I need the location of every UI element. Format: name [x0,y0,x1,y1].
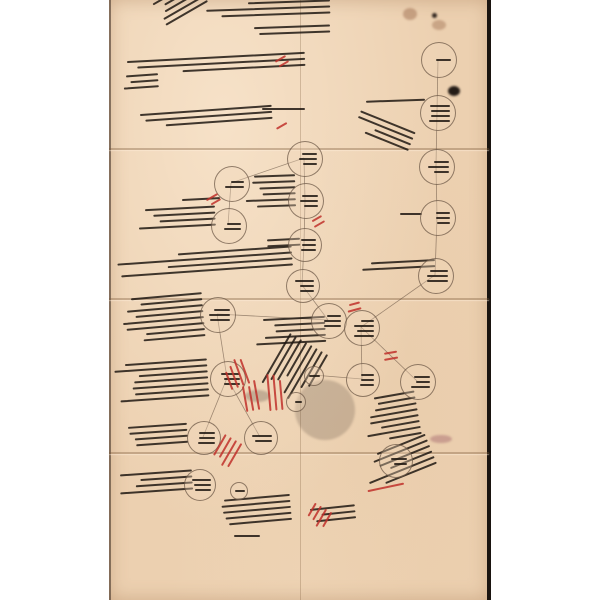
handwriting-stroke [252,180,295,183]
handwriting-stroke [234,535,260,537]
handwriting-stroke [235,490,245,492]
handwriting-stroke [427,280,448,282]
genealogy-name-circle [418,258,454,294]
handwriting-stroke [357,330,374,332]
handwriting-stroke [436,212,450,214]
circled-name-text [308,375,321,377]
handwriting-stroke [135,435,188,441]
handwriting-stroke [324,325,341,327]
handwriting-stroke [300,285,314,287]
genealogy-name-circle [211,208,247,244]
circled-name-text [292,280,314,292]
handwriting-stroke [300,200,318,202]
handwriting-stroke [361,320,374,322]
handwriting-stroke [299,158,317,160]
handwriting-stroke [430,270,448,272]
circled-name-text [294,239,316,251]
handwriting-stroke [436,59,451,61]
handwriting-stroke [434,161,449,163]
circled-name-text [406,376,430,388]
circled-name-text [385,458,407,465]
handwriting-stroke [224,228,241,230]
handwritten-note [400,213,422,215]
handwriting-stroke [254,174,295,177]
genealogy-name-circle [419,149,455,185]
genealogy-name-circle [344,310,380,346]
genealogy-name-circle [400,364,436,400]
handwriting-stroke [214,309,230,311]
circled-name-text [352,374,374,386]
handwriting-stroke [411,386,430,388]
handwriting-stroke [309,375,320,377]
handwriting-stroke [304,205,318,207]
document-photo: Handwritten genealogical chart (silsilen… [0,0,600,600]
handwritten-note [112,292,205,344]
circled-name-text [290,401,303,403]
handwriting-stroke [210,319,230,321]
genealogy-name-circle [311,303,347,339]
circled-name-text [206,309,230,321]
genealogy-name-circle [304,366,324,386]
genealogy-name-circle [200,297,236,333]
handwriting-stroke [361,374,374,376]
handwriting-stroke [194,484,211,486]
handwriting-stroke [391,458,407,460]
handwriting-stroke [199,437,215,439]
handwriting-stroke [414,376,430,378]
circled-name-text [426,212,450,224]
handwriting-stroke [431,110,450,112]
handwriting-stroke [206,5,330,11]
handwriting-stroke [302,244,316,246]
handwriting-stroke [255,440,272,442]
genealogy-name-circle [286,392,306,412]
genealogy-name-circle [287,141,323,177]
circled-name-text [220,181,244,188]
handwriting-stroke [153,212,215,217]
handwriting-stroke [295,280,314,282]
circled-name-text [293,153,317,165]
genealogy-name-circle [420,200,456,236]
handwriting-stroke [354,325,374,327]
handwriting-stroke [428,166,449,168]
handwriting-stroke [354,335,374,337]
handwriting-stroke [227,223,241,225]
circled-name-text [294,195,318,207]
handwriting-stroke [130,79,158,83]
handwriting-stroke [360,384,374,386]
handwritten-note [118,73,159,90]
handwriting-stroke [195,489,211,491]
handwritten-note [112,358,209,403]
handwriting-stroke [431,115,450,117]
handwriting-stroke [430,105,450,107]
genealogy-name-circle [420,95,456,131]
circled-name-text [317,315,341,327]
genealogy-name-circle [288,183,324,219]
handwriting-stroke [434,171,449,173]
handwriting-stroke [192,479,211,481]
handwriting-stroke [327,315,341,317]
handwriting-stroke [302,153,317,155]
circled-name-text [233,490,244,492]
handwriting-stroke [427,275,448,277]
handwriting-stroke [400,213,422,215]
circled-name-text [426,105,450,122]
handwriting-stroke [303,163,317,165]
handwriting-stroke [160,218,216,223]
genealogy-name-circle [244,421,278,455]
handwriting-stroke [259,186,295,189]
handwriting-stroke [225,186,244,188]
circled-name-text [427,59,451,61]
handwriting-stroke [129,429,187,435]
circled-name-text [350,320,374,337]
handwriting-stroke [429,120,450,122]
genealogy-name-circle [346,363,380,397]
genealogy-name-circle [379,444,413,478]
handwriting-stroke [436,217,450,219]
handwriting-stroke [416,381,430,383]
handwriting-stroke [252,435,272,437]
handwriting-stroke [295,401,302,403]
handwriting-stroke [302,195,318,197]
handwriting-stroke [199,432,215,434]
genealogy-name-circle [184,469,216,501]
genealogy-name-circle [230,482,248,500]
handwritten-note [230,535,260,537]
circled-name-text [250,435,272,442]
handwriting-stroke [301,249,316,251]
circled-name-text [217,223,241,230]
genealogy-name-circle [286,269,320,303]
handwriting-stroke [361,379,374,381]
handwriting-stroke [437,222,450,224]
circled-name-text [425,161,449,173]
circled-name-text [424,270,448,282]
handwriting-stroke [301,239,316,241]
circled-name-text [193,432,215,444]
circled-name-text [190,479,211,491]
handwriting-stroke [248,386,254,411]
genealogy-name-circle [421,42,457,78]
genealogy-name-circle [288,228,322,262]
handwriting-stroke [394,463,407,465]
handwriting-stroke [324,320,341,322]
handwriting-stroke [231,181,244,183]
handwriting-stroke [198,442,215,444]
handwriting-stroke [272,375,277,411]
handwriting-stroke [300,290,314,292]
handwriting-stroke [209,314,230,316]
